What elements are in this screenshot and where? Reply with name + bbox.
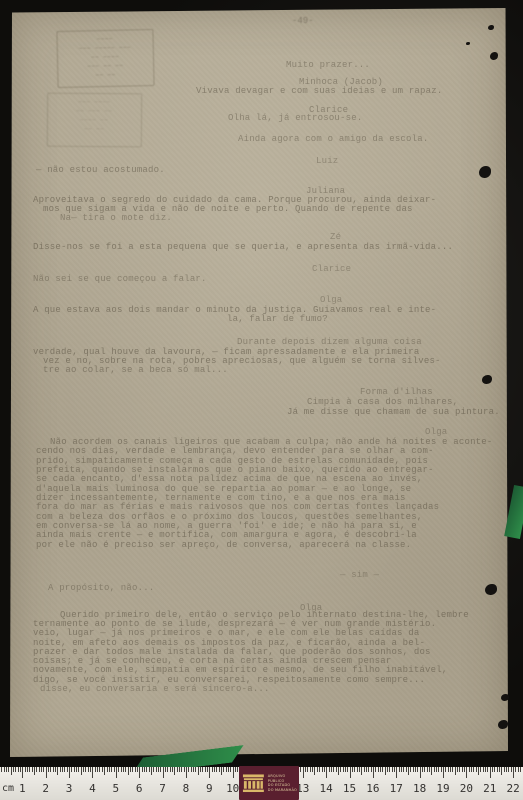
ruler-tick: [156, 767, 157, 772]
page-number: -49-: [292, 16, 314, 26]
ruler-tick: [364, 767, 365, 772]
ruler-tick: [427, 767, 428, 772]
ruler-tick: [186, 767, 187, 778]
ruler-tick: [434, 767, 435, 772]
ruler-tick: [448, 767, 449, 772]
ruler-tick: [76, 767, 77, 772]
ruler-tick: [504, 767, 505, 772]
ruler-tick: [132, 767, 133, 772]
ruler-tick: [438, 767, 439, 772]
typewritten-line: Vivava devagar e com suas ideias e um ra…: [196, 86, 442, 96]
ruler-tick: [209, 767, 210, 778]
ruler-tick: [235, 767, 236, 772]
ruler-tick: [29, 767, 30, 772]
archive-building-icon: [242, 771, 265, 795]
ruler-tick: [445, 767, 446, 772]
ruler-tick: [181, 767, 182, 772]
ruler-tick: [331, 767, 332, 772]
ruler-tick: [415, 767, 416, 772]
typewritten-line: — sim —: [340, 570, 379, 580]
ruler-tick: [125, 767, 126, 772]
ruler-tick: [67, 767, 68, 772]
typewritten-line: — não estou acostumado.: [36, 165, 165, 175]
typewritten-line: Cimpia à casa dos milhares,: [307, 397, 458, 407]
ruler-tick: [97, 767, 98, 772]
typewritten-line: Disse-nos se foi a esta pequena que se q…: [33, 242, 453, 252]
ruler-number: 21: [483, 782, 496, 795]
ruler-tick: [53, 767, 54, 772]
ruler-tick: [146, 767, 147, 772]
ruler-tick: [228, 767, 229, 772]
ruler-tick: [408, 767, 409, 775]
ruler-tick: [153, 767, 154, 772]
ruler-tick: [6, 767, 7, 772]
ruler-tick: [385, 767, 386, 775]
ruler-number: 15: [343, 782, 356, 795]
ruler-tick: [111, 767, 112, 772]
ruler-tick: [406, 767, 407, 772]
ruler-tick: [104, 767, 105, 775]
ruler-tick: [149, 767, 150, 772]
ruler-tick: [476, 767, 477, 772]
typewritten-line: Luiz: [316, 156, 338, 166]
ruler-tick: [515, 767, 516, 772]
ruler-tick: [179, 767, 180, 772]
ruler-tick: [121, 767, 122, 772]
ruler-tick: [396, 767, 397, 778]
ruler-tick: [223, 767, 224, 772]
ruler-tick: [359, 767, 360, 772]
ruler-tick: [347, 767, 348, 772]
ruler-tick: [195, 767, 196, 772]
ruler-tick: [378, 767, 379, 772]
ruler-tick: [92, 767, 93, 778]
ruler-tick: [511, 767, 512, 772]
ruler-tick: [357, 767, 358, 772]
ruler-tick: [22, 767, 23, 778]
ruler-tick: [401, 767, 402, 772]
ruler-number: 18: [413, 782, 426, 795]
ruler-tick: [469, 767, 470, 772]
ruler-tick: [151, 767, 152, 775]
ruler-tick: [464, 767, 465, 772]
ruler-tick: [43, 767, 44, 772]
ruler-tick: [142, 767, 143, 772]
ruler-tick: [473, 767, 474, 772]
ruler-number: 2: [42, 782, 49, 795]
ruler-tick: [394, 767, 395, 772]
ruler-tick: [352, 767, 353, 772]
ruler-number: 6: [136, 782, 143, 795]
typewritten-line: fora do mar as férias e mais raivosos qu…: [36, 502, 439, 512]
ruler-tick: [501, 767, 502, 775]
ruler-tick: [1, 767, 2, 772]
ruler-tick: [343, 767, 344, 772]
ruler-tick: [399, 767, 400, 772]
ruler-tick: [46, 767, 47, 778]
ruler-tick: [99, 767, 100, 772]
cm-unit-label: cm: [2, 783, 14, 794]
ruler-tick: [424, 767, 425, 772]
typewritten-line: Clarice: [312, 264, 351, 274]
typewritten-line: Já me disse que chamam de sua pintura.: [287, 407, 500, 417]
ruler-tick: [48, 767, 49, 772]
ruler-tick: [95, 767, 96, 772]
ruler-tick: [172, 767, 173, 772]
typewritten-line: Durante depois dizem alguma coisa: [237, 337, 422, 347]
paper: -49- ——————— ————— ————— ——————— —— ————…: [10, 8, 508, 757]
ruler-tick: [11, 767, 12, 775]
ruler-tick: [15, 767, 16, 772]
ruler-tick: [336, 767, 337, 772]
ruler-tick: [55, 767, 56, 772]
ruler-tick: [443, 767, 444, 778]
stamp-text-line: —— ——: [64, 70, 147, 81]
censor-stamp-2: ——— —————— ——— —————— ———— ——: [47, 93, 142, 148]
ruler-tick: [450, 767, 451, 772]
ruler-tick: [184, 767, 185, 772]
ruler-tick: [221, 767, 222, 775]
ruler-tick: [380, 767, 381, 772]
ruler-tick: [144, 767, 145, 772]
ruler-number: 3: [66, 782, 73, 795]
ruler-number: 22: [507, 782, 520, 795]
ruler-tick: [492, 767, 493, 772]
ruler-tick: [312, 767, 313, 772]
ruler-tick: [307, 767, 308, 772]
ruler-tick: [410, 767, 411, 772]
ruler-tick: [436, 767, 437, 772]
ruler-tick: [188, 767, 189, 772]
ruler-tick: [205, 767, 206, 772]
ruler-tick: [520, 767, 521, 772]
ruler-tick: [480, 767, 481, 772]
ruler-tick: [322, 767, 323, 772]
ruler-tick: [102, 767, 103, 772]
ruler-tick: [81, 767, 82, 775]
ruler-tick: [329, 767, 330, 772]
ruler-tick: [85, 767, 86, 772]
ruler-tick: [158, 767, 159, 772]
ruler-number: 5: [113, 782, 120, 795]
ruler-tick: [333, 767, 334, 772]
ruler-tick: [375, 767, 376, 772]
ruler-tick: [300, 767, 301, 772]
stamp-text-line: —— ——: [54, 125, 135, 135]
ruler-tick: [36, 767, 37, 772]
typewritten-line: Olha lá, já entrosou-se.: [228, 113, 362, 123]
ruler-tick: [200, 767, 201, 772]
ruler-tick: [27, 767, 28, 772]
typewritten-line: tre ao colar, se a beca só mal...: [43, 365, 228, 375]
ruler-tick: [74, 767, 75, 772]
ruler-tick: [20, 767, 21, 772]
ruler-tick: [513, 767, 514, 778]
typewritten-line: cendo nos dias, verdade e lembrança, dev…: [36, 446, 434, 456]
typewritten-line: A propósito, não...: [48, 583, 154, 593]
ruler-tick: [490, 767, 491, 778]
ruler-tick: [177, 767, 178, 772]
ruler-tick: [429, 767, 430, 772]
ruler-tick: [207, 767, 208, 772]
ruler-tick: [13, 767, 14, 772]
ruler-tick: [392, 767, 393, 772]
typewritten-line: Zé: [330, 232, 341, 242]
ruler-tick: [174, 767, 175, 775]
ruler-tick: [373, 767, 374, 778]
ruler-tick: [345, 767, 346, 772]
ruler-tick: [485, 767, 486, 772]
ruler-tick: [317, 767, 318, 772]
ruler-number: 14: [320, 782, 333, 795]
ruler-tick: [420, 767, 421, 778]
ruler-number: 1: [19, 782, 26, 795]
ruler-tick: [340, 767, 341, 772]
ruler-tick: [506, 767, 507, 772]
ruler-tick: [459, 767, 460, 772]
ruler-number: 19: [436, 782, 449, 795]
ruler-tick: [69, 767, 70, 778]
typewritten-line: veio, lugar — já nos primeiros e o mar, …: [33, 628, 419, 638]
ruler-number: 7: [159, 782, 166, 795]
ruler-tick: [60, 767, 61, 772]
ruler-tick: [167, 767, 168, 772]
typewritten-line: la, falar de fumo?: [227, 314, 328, 324]
ruler-tick: [170, 767, 171, 772]
ruler-tick: [165, 767, 166, 772]
ruler-tick: [212, 767, 213, 772]
ruler-tick: [163, 767, 164, 778]
ruler-tick: [32, 767, 33, 772]
ruler-tick: [8, 767, 9, 772]
ruler-tick: [139, 767, 140, 778]
typewritten-line: Forma d'ilhas: [360, 387, 433, 397]
ruler-tick: [62, 767, 63, 772]
ruler-tick: [518, 767, 519, 772]
ruler-number: 20: [460, 782, 473, 795]
ruler-tick: [4, 767, 5, 772]
ruler-tick: [135, 767, 136, 772]
ruler-tick: [226, 767, 227, 772]
ruler-tick: [202, 767, 203, 772]
ruler-tick: [18, 767, 19, 772]
typewritten-line: Não sei se que começou a falar.: [33, 274, 207, 284]
ruler-tick: [233, 767, 234, 778]
ruler-tick: [326, 767, 327, 778]
ruler-tick: [216, 767, 217, 772]
ruler-tick: [471, 767, 472, 772]
ruler-tick: [324, 767, 325, 772]
ruler-tick: [50, 767, 51, 772]
ruler-tick: [78, 767, 79, 772]
ruler-tick: [118, 767, 119, 772]
ruler-tick: [88, 767, 89, 772]
ruler-tick: [431, 767, 432, 775]
logo-text-line: DO MARANHÃO: [268, 788, 297, 793]
typewritten-line: Ainda agora com o amigo da escola.: [238, 134, 428, 144]
ruler-tick: [478, 767, 479, 775]
ruler-tick: [462, 767, 463, 772]
ruler-tick: [455, 767, 456, 775]
ruler-tick: [109, 767, 110, 772]
ruler-number: 17: [390, 782, 403, 795]
ruler-tick: [116, 767, 117, 778]
ruler-tick: [354, 767, 355, 772]
typewritten-line: novamente, com ele, simpatia em espírito…: [33, 665, 447, 675]
ruler-tick: [130, 767, 131, 772]
scan-photo-frame: -49- ——————— ————— ————— ——————— —— ————…: [0, 0, 523, 800]
ruler-tick: [41, 767, 42, 772]
ruler-tick: [90, 767, 91, 772]
ruler-tick: [508, 767, 509, 772]
ruler-tick: [417, 767, 418, 772]
ruler-tick: [34, 767, 35, 775]
ruler-tick: [25, 767, 26, 772]
ruler-number: 8: [183, 782, 190, 795]
ruler-tick: [214, 767, 215, 772]
typewritten-line: se cada encanto, d'essa nota palidez aci…: [36, 474, 422, 484]
ruler-tick: [83, 767, 84, 772]
archive-logo: ARQUIVOPÚBLICODO ESTADODO MARANHÃO: [239, 766, 299, 800]
ruler-tick: [403, 767, 404, 772]
ruler-tick: [123, 767, 124, 772]
ruler-tick: [483, 767, 484, 772]
ruler-tick: [441, 767, 442, 772]
typewritten-line: Muito prazer...: [286, 60, 370, 70]
ruler-tick: [413, 767, 414, 772]
ruler-tick: [230, 767, 231, 772]
typewritten-line: ainda mais crente — e mortifica, com ama…: [36, 530, 417, 540]
ruler-tick: [71, 767, 72, 772]
typewritten-line: disse, eu conversaria e será sincero-a..…: [40, 684, 270, 694]
ruler-number: 16: [366, 782, 379, 795]
typewritten-line: Olga: [425, 427, 447, 437]
ruler-tick: [64, 767, 65, 772]
ruler-tick: [466, 767, 467, 778]
ruler-tick: [350, 767, 351, 778]
ruler-tick: [219, 767, 220, 772]
censor-stamp-1: ——————— ————— ————— ——————— —— ———— ——: [56, 29, 154, 88]
archive-logo-text: ARQUIVOPÚBLICODO ESTADODO MARANHÃO: [268, 774, 297, 792]
ruler-tick: [191, 767, 192, 772]
ruler-tick: [303, 767, 304, 778]
ruler-tick: [382, 767, 383, 772]
ruler-tick: [137, 767, 138, 772]
ruler-tick: [487, 767, 488, 772]
ruler-number: 10: [226, 782, 239, 795]
ruler-number: 4: [89, 782, 96, 795]
ruler-tick: [57, 767, 58, 775]
ruler-tick: [128, 767, 129, 775]
ruler-tick: [193, 767, 194, 772]
typewritten-line: Olga: [320, 295, 342, 305]
ruler-tick: [387, 767, 388, 772]
typewritten-line: Na— tira o mote diz.: [60, 213, 172, 223]
ruler-tick: [310, 767, 311, 772]
ruler-tick: [389, 767, 390, 772]
ruler-tick: [198, 767, 199, 775]
ruler-tick: [114, 767, 115, 772]
ruler-tick: [497, 767, 498, 772]
ruler-tick: [457, 767, 458, 772]
ruler-tick: [305, 767, 306, 772]
ruler-tick: [107, 767, 108, 772]
ruler-tick: [366, 767, 367, 772]
ruler-tick: [361, 767, 362, 775]
ruler-tick: [338, 767, 339, 775]
typewritten-line: por ele não é preciso ser apreço, de con…: [36, 540, 411, 550]
ruler-tick: [368, 767, 369, 772]
ruler-tick: [319, 767, 320, 772]
ruler-tick: [499, 767, 500, 772]
ruler-tick: [314, 767, 315, 775]
ruler-number: 9: [206, 782, 213, 795]
ruler-tick: [452, 767, 453, 772]
ruler-tick: [39, 767, 40, 772]
ruler-tick: [494, 767, 495, 772]
ruler-tick: [422, 767, 423, 772]
ruler-tick: [160, 767, 161, 772]
ruler-tick: [371, 767, 372, 772]
